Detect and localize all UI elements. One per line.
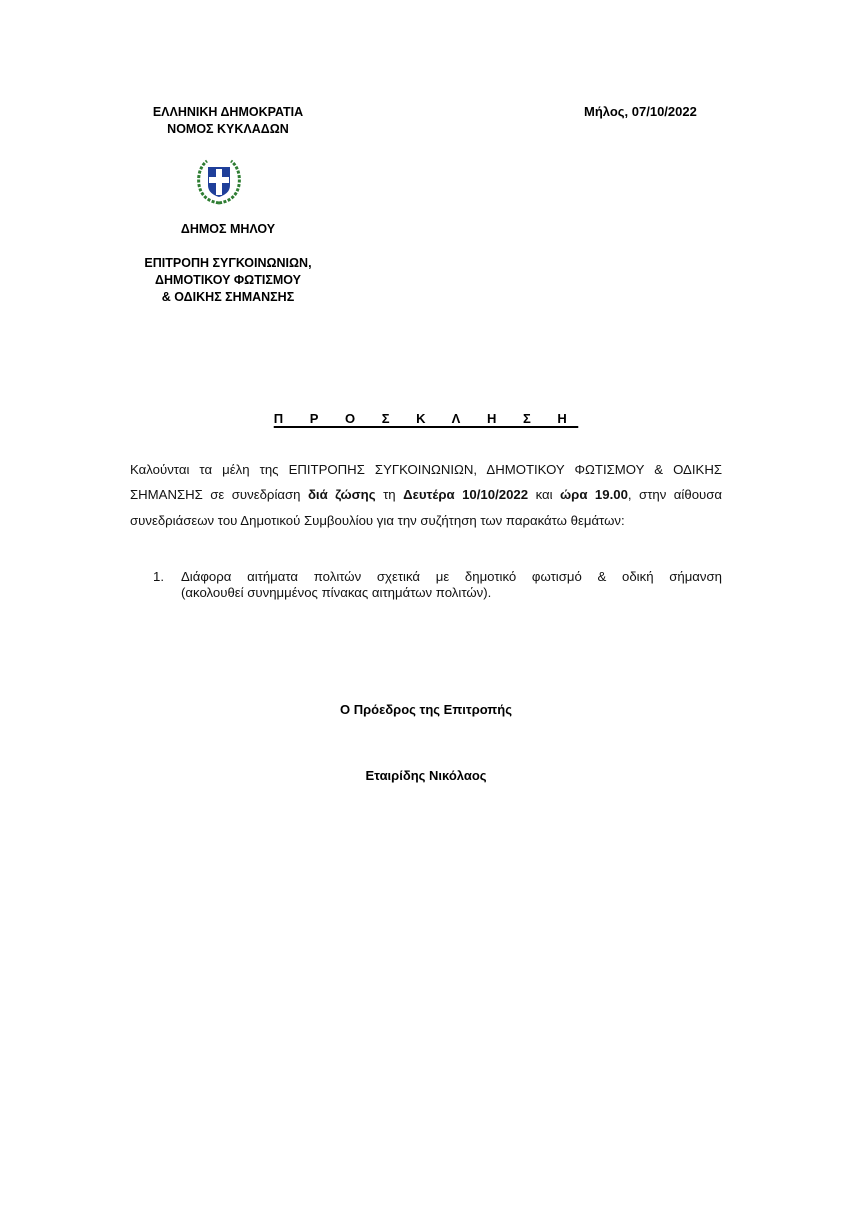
body-text: , στην αίθουσα (628, 487, 722, 502)
body-text: ΣΗΜΑΝΣΗΣ σε συνεδρίαση (130, 487, 308, 502)
body-emphasis-mode: διά ζώσης (308, 487, 376, 502)
document-title: Π Ρ Ο Σ Κ Λ Η Σ Η (0, 411, 852, 426)
country-name: ΕΛΛΗΝΙΚΗ ΔΗΜΟΚΡΑΤΙΑ (110, 104, 346, 121)
prefecture-name: ΝΟΜΟΣ ΚΥΚΛΑΔΩΝ (110, 121, 346, 138)
signature-role: Ο Πρόεδρος της Επιτροπής (0, 702, 852, 717)
committee-name: ΕΠΙΤΡΟΠΗ ΣΥΓΚΟΙΝΩΝΙΩΝ, ΔΗΜΟΤΙΚΟΥ ΦΩΤΙΣΜΟ… (110, 255, 346, 306)
agenda-item-number: 1. (153, 569, 164, 584)
greek-coat-of-arms-icon (193, 157, 245, 207)
place-date: Μήλος, 07/10/2022 (584, 104, 697, 119)
signature-name: Εταιρίδης Νικόλαος (0, 768, 852, 783)
agenda-item-line-1: Διάφορα αιτήματα πολιτών σχετικά με δημο… (181, 569, 722, 584)
body-emphasis-time: ώρα 19.00 (560, 487, 628, 502)
body-line-3: συνεδριάσεων του Δημοτικού Συμβουλίου γι… (130, 513, 722, 528)
body-line-1: Καλούνται τα μέλη της ΕΠΙΤΡΟΠΗΣ ΣΥΓΚΟΙΝΩ… (130, 462, 722, 477)
committee-line: & ΟΔΙΚΗΣ ΣΗΜΑΝΣΗΣ (110, 289, 346, 306)
body-text: τη (376, 487, 404, 502)
agenda-item-line-2: (ακολουθεί συνημμένος πίνακας αιτημάτων … (181, 585, 722, 600)
committee-line: ΔΗΜΟΤΙΚΟΥ ΦΩΤΙΣΜΟΥ (110, 272, 346, 289)
committee-line: ΕΠΙΤΡΟΠΗ ΣΥΓΚΟΙΝΩΝΙΩΝ, (110, 255, 346, 272)
municipality-name: ΔΗΜΟΣ ΜΗΛΟΥ (110, 221, 346, 238)
body-emphasis-date: Δευτέρα 10/10/2022 (403, 487, 528, 502)
body-text: και (528, 487, 560, 502)
body-line-2: ΣΗΜΑΝΣΗΣ σε συνεδρίαση διά ζώσης τη Δευτ… (130, 487, 722, 502)
document-title-text: Π Ρ Ο Σ Κ Λ Η Σ Η (274, 411, 579, 426)
issuer-header: ΕΛΛΗΝΙΚΗ ΔΗΜΟΚΡΑΤΙΑ ΝΟΜΟΣ ΚΥΚΛΑΔΩΝ (110, 104, 346, 138)
